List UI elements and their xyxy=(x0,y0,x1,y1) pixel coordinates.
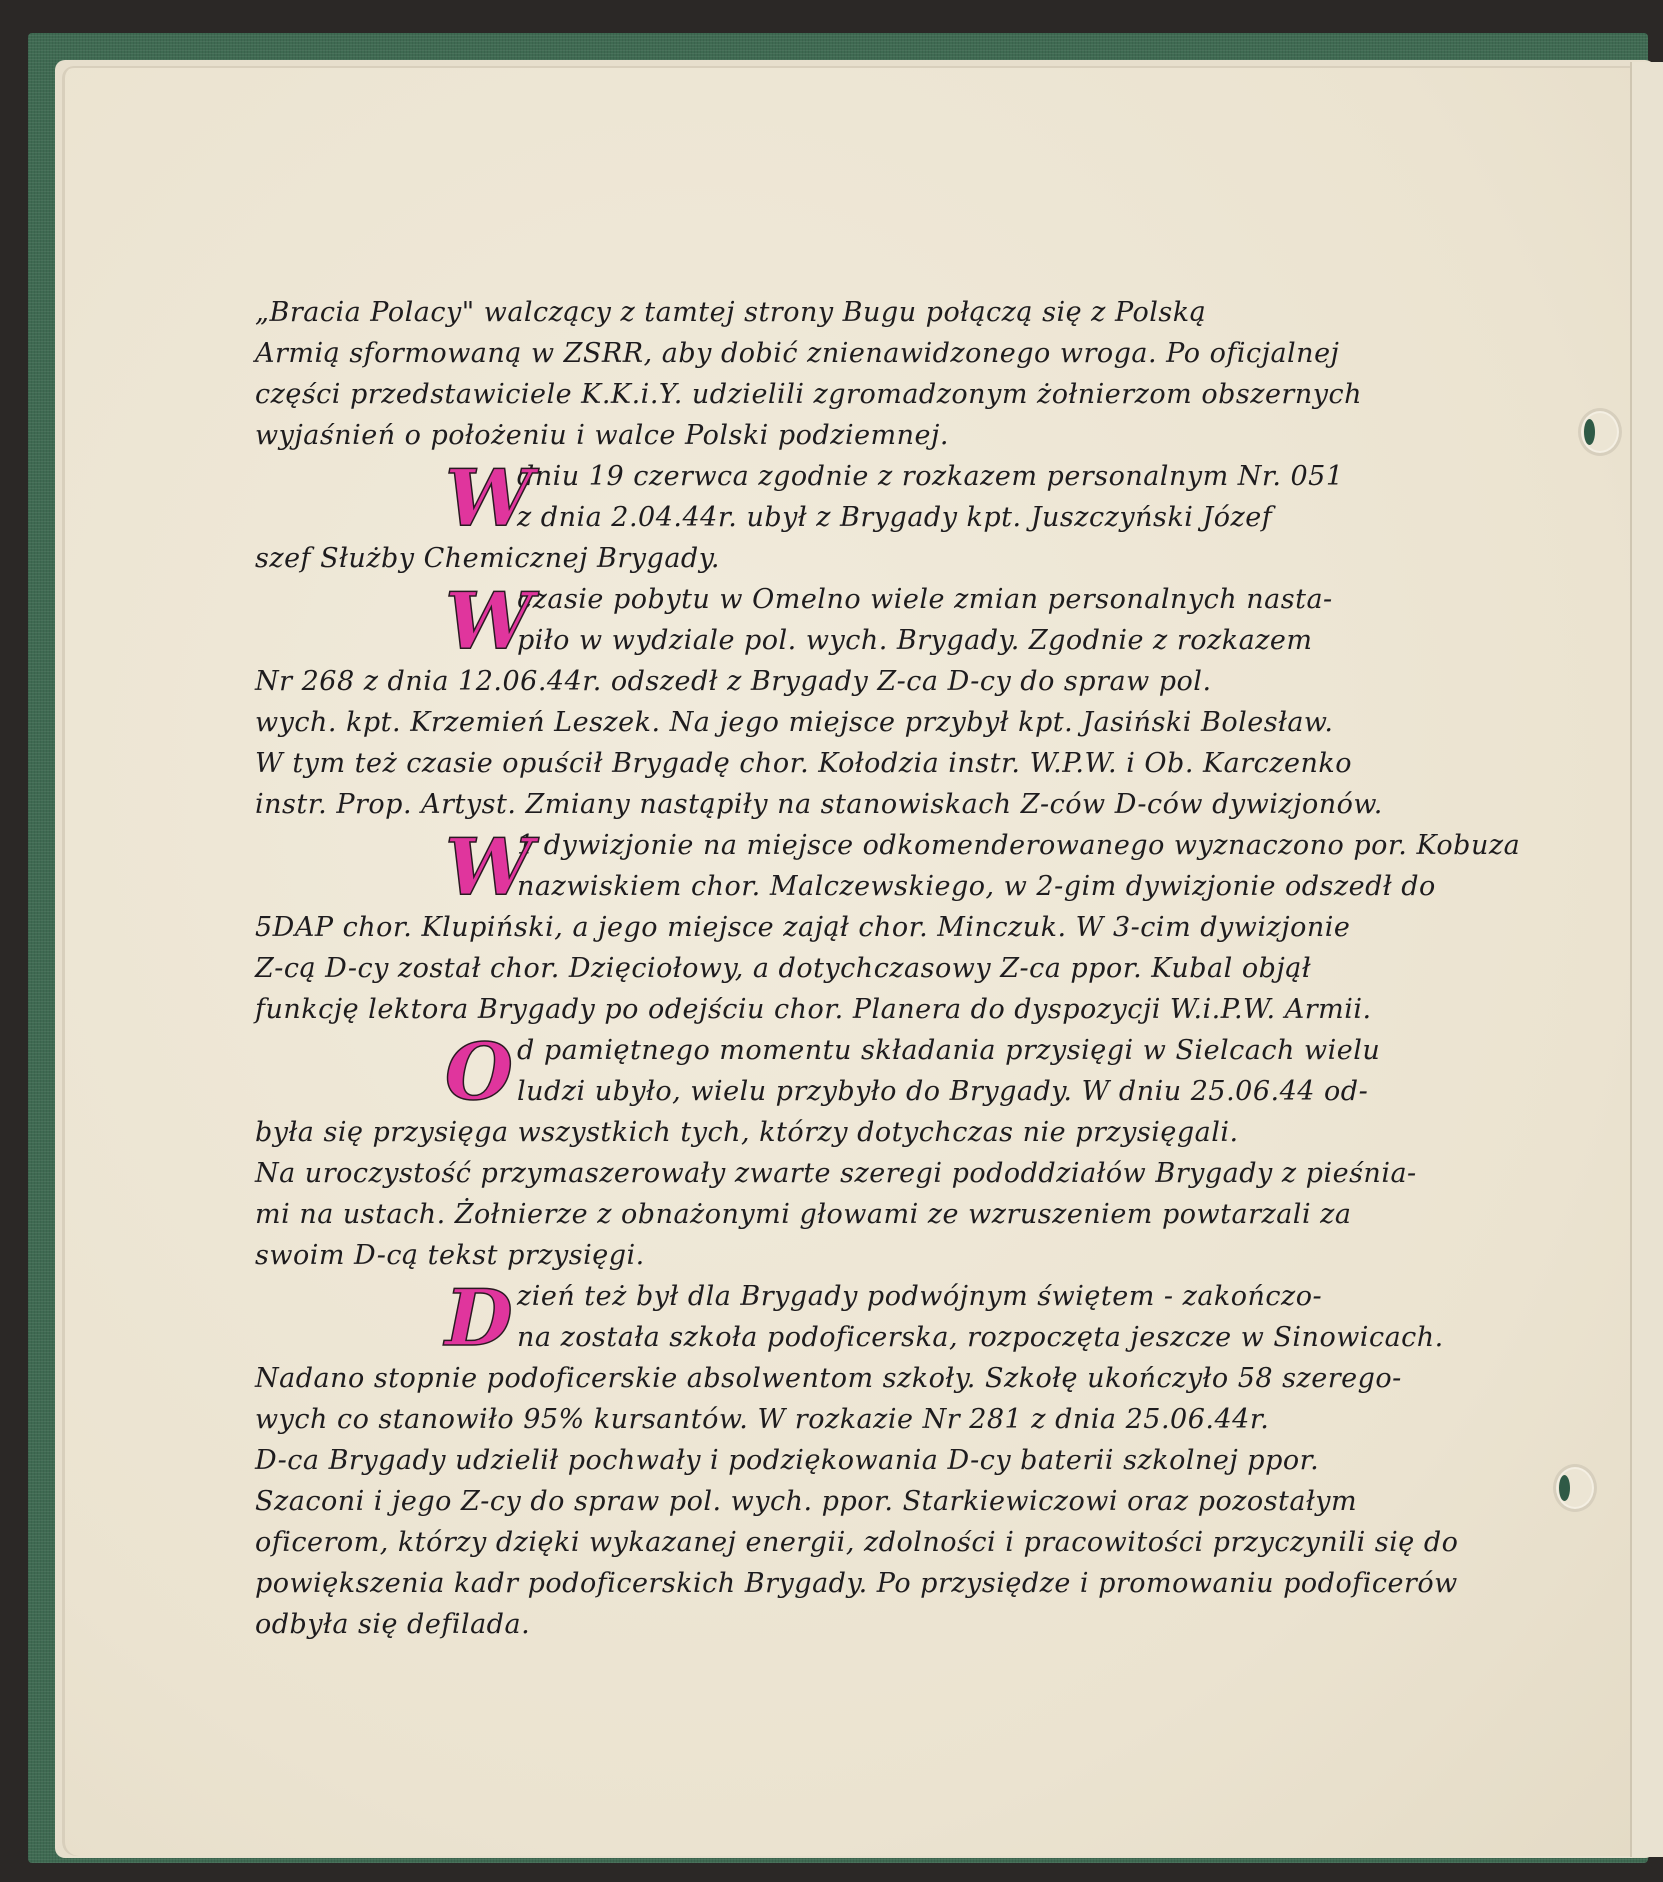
decorated-initial-o: O xyxy=(445,1034,513,1112)
text-line: Szaconi i jego Z-cy do spraw pol. wych. … xyxy=(255,1481,1475,1522)
text-line: szef Służby Chemicznej Brygady. xyxy=(255,538,1475,579)
text-line: oficerom, którzy dzięki wykazanej energi… xyxy=(255,1522,1475,1563)
paragraph-chem-service: W dniu 19 czerwca zgodnie z rozkazem per… xyxy=(255,456,1475,579)
text-line: mi na ustach. Żołnierze z obnażonymi gło… xyxy=(255,1194,1475,1235)
text-line: Nadano stopnie podoficerskie absolwentom… xyxy=(255,1358,1475,1399)
paragraph-oath: O d pamiętnego momentu składania przysię… xyxy=(255,1030,1475,1276)
decorated-initial-w: W xyxy=(445,829,533,907)
text-line: piło w wydziale pol. wych. Brygady. Zgod… xyxy=(255,620,1475,661)
punch-hole-top-icon xyxy=(1578,408,1622,456)
paragraph-nco-school: D zień też był dla Brygady podwójnym świ… xyxy=(255,1276,1475,1645)
paragraph-personnel-changes: W czasie pobytu w Omelno wiele zmian per… xyxy=(255,579,1475,825)
text-line: z dnia 2.04.44r. ubył z Brygady kpt. Jus… xyxy=(255,497,1475,538)
decorated-initial-w: W xyxy=(445,460,533,538)
decorated-initial-d: D xyxy=(445,1280,513,1358)
text-line: ludzi ubyło, wielu przybyło do Brygady. … xyxy=(255,1071,1475,1112)
text-line: instr. Prop. Artyst. Zmiany nastąpiły na… xyxy=(255,784,1475,825)
text-line: wych co stanowiło 95% kursantów. W rozka… xyxy=(255,1399,1475,1440)
handwritten-text: „Bracia Polacy" walczący z tamtej strony… xyxy=(255,292,1475,1645)
paragraph-divisions: W 1 dywizjonie na miejsce odkomenderowan… xyxy=(255,825,1475,1030)
text-line: części przedstawiciele K.K.i.Y. udzielil… xyxy=(255,374,1475,415)
text-line: wych. kpt. Krzemień Leszek. Na jego miej… xyxy=(255,702,1475,743)
decorated-initial-w: W xyxy=(445,583,533,661)
text-line: W tym też czasie opuścił Brygadę chor. K… xyxy=(255,743,1475,784)
text-line: Nr 268 z dnia 12.06.44r. odszedł z Bryga… xyxy=(255,661,1475,702)
punch-hole-bottom-icon xyxy=(1553,1464,1597,1512)
next-page-edge xyxy=(1632,62,1663,1857)
text-line: 5DAP chor. Klupiński, a jego miejsce zaj… xyxy=(255,907,1475,948)
text-line: 1 dywizjonie na miejsce odkomenderowaneg… xyxy=(255,825,1475,866)
text-line: wyjaśnień o położeniu i walce Polski pod… xyxy=(255,415,1475,456)
text-line: swoim D-cą tekst przysięgi. xyxy=(255,1235,1475,1276)
text-line: Armią sformowaną w ZSRR, aby dobić znien… xyxy=(255,333,1475,374)
text-line: powiększenia kadr podoficerskich Brygady… xyxy=(255,1563,1475,1604)
text-line: na została szkoła podoficerska, rozpoczę… xyxy=(255,1317,1475,1358)
paragraph-intro: „Bracia Polacy" walczący z tamtej strony… xyxy=(255,292,1475,456)
text-line: Na uroczystość przymaszerowały zwarte sz… xyxy=(255,1153,1475,1194)
text-line: D-ca Brygady udzielił pochwały i podzięk… xyxy=(255,1440,1475,1481)
text-line: „Bracia Polacy" walczący z tamtej strony… xyxy=(255,292,1475,333)
text-line: dniu 19 czerwca zgodnie z rozkazem perso… xyxy=(255,456,1475,497)
text-line: była się przysięga wszystkich tych, któr… xyxy=(255,1112,1475,1153)
text-line: odbyła się defilada. xyxy=(255,1604,1475,1645)
text-line: czasie pobytu w Omelno wiele zmian perso… xyxy=(255,579,1475,620)
text-line: zień też był dla Brygady podwójnym święt… xyxy=(255,1276,1475,1317)
text-line: Z-cą D-cy został chor. Dzięciołowy, a do… xyxy=(255,948,1475,989)
text-line: nazwiskiem chor. Malczewskiego, w 2-gim … xyxy=(255,866,1475,907)
text-line: d pamiętnego momentu składania przysięgi… xyxy=(255,1030,1475,1071)
text-line: funkcję lektora Brygady po odejściu chor… xyxy=(255,989,1475,1030)
